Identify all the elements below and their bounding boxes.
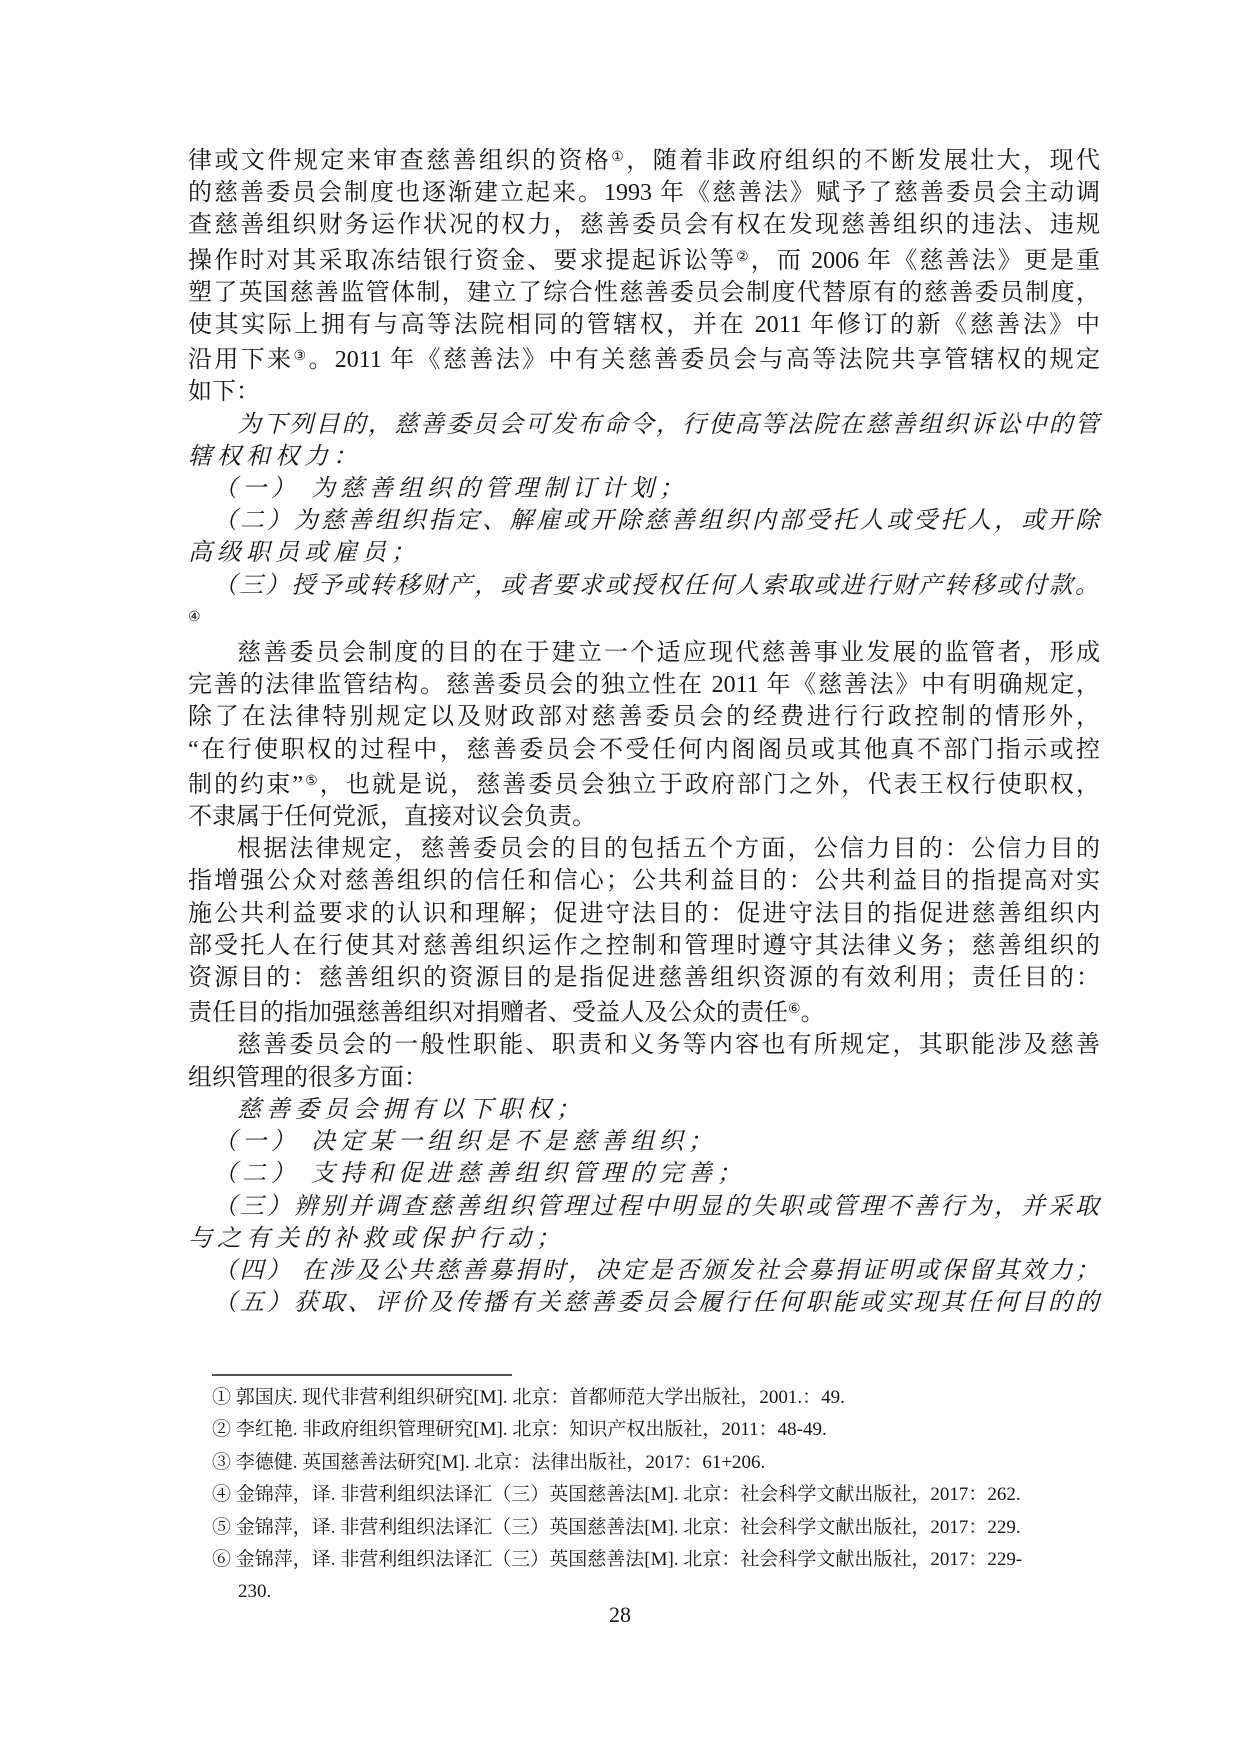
text-line: （一） 决定某一组织是不是慈善组织； <box>188 1126 1100 1158</box>
text-line: 不隶属于任何党派，直接对议会负责。 <box>188 801 1100 833</box>
text-line: 组织管理的很多方面： <box>188 1062 1100 1094</box>
text-line: 施公共利益要求的认识和理解；促进守法目的：促进守法目的指促进慈善组织内 <box>188 898 1100 930</box>
text-line: 查慈善组织财务运作状况的权力，慈善委员会有权在发现慈善组织的违法、违规 <box>188 209 1100 241</box>
footnote-line: ① 郭国庆. 现代非营利组织研究[M]. 北京：首都师范大学出版社，2001.：… <box>212 1382 1112 1414</box>
footnote-ref: ② <box>736 250 751 265</box>
text-line: （二）为慈善组织指定、解雇或开除慈善组织内部受托人或受托人，或开除 <box>188 505 1100 537</box>
footnote-line: ⑥ 金锦萍，译. 非营利组织法译汇（三）英国慈善法[M]. 北京：社会科学文献出… <box>212 1544 1112 1576</box>
text-line: 高级职员或雇员； <box>188 537 1100 569</box>
footnote-item: ③ 李德健. 英国慈善法研究[M]. 北京：法律出版社，2017：61+206. <box>212 1447 1112 1479</box>
text-line: 责任目的指加强慈善组织对捐赠者、受益人及公众的责任⑥。 <box>188 994 1100 1029</box>
text-line: 根据法律规定，慈善委员会的目的包括五个方面，公信力目的：公信力目的 <box>188 833 1100 865</box>
text-line: ④ <box>188 602 1100 637</box>
text-line: 慈善委员会拥有以下职权； <box>188 1094 1100 1126</box>
text-line: 沿用下来③。2011 年《慈善法》中有关慈善委员会与高等法院共享管辖权的规定 <box>188 341 1100 376</box>
footnote-ref: ⑤ <box>303 774 320 789</box>
text-line: （一） 为慈善组织的管理制订计划； <box>188 473 1100 505</box>
footnote-ref: ③ <box>294 349 309 364</box>
page-number: 28 <box>0 1602 1240 1628</box>
footnote-line: ② 李红艳. 非政府组织管理研究[M]. 北京：知识产权出版社，2011：48-… <box>212 1414 1112 1446</box>
text-line: 除了在法律特别规定以及财政部对慈善委员会的经费进行行政控制的情形外， <box>188 701 1100 733</box>
footnote-line: ③ 李德健. 英国慈善法研究[M]. 北京：法律出版社，2017：61+206. <box>212 1447 1112 1479</box>
footnotes-block: ① 郭国庆. 现代非营利组织研究[M]. 北京：首都师范大学出版社，2001.：… <box>212 1382 1112 1609</box>
footnote-ref: ① <box>611 150 626 165</box>
text-line: 制的约束”⑤，也就是说，慈善委员会独立于政府部门之外，代表王权行使职权， <box>188 766 1100 801</box>
text-line: （五）获取、评价及传播有关慈善委员会履行任何职能或实现其任何目的的 <box>188 1287 1100 1319</box>
text-line: 慈善委员会的一般性职能、职责和义务等内容也有所规定，其职能涉及慈善 <box>188 1029 1100 1061</box>
body-text-block: 律或文件规定来审查慈善组织的资格①，随着非政府组织的不断发展壮大，现代的慈善委员… <box>188 142 1100 1319</box>
footnote-item: ① 郭国庆. 现代非营利组织研究[M]. 北京：首都师范大学出版社，2001.：… <box>212 1382 1112 1414</box>
text-line: （二） 支持和促进慈善组织管理的完善； <box>188 1158 1100 1190</box>
footnote-line: ④ 金锦萍，译. 非营利组织法译汇（三）英国慈善法[M]. 北京：社会科学文献出… <box>212 1479 1112 1511</box>
text-line: “在行使职权的过程中，慈善委员会不受任何内阁阁员或其他真不部门指示或控 <box>188 734 1100 766</box>
footnote-number: ⑤ <box>212 1517 231 1538</box>
text-line: 操作时对其采取冻结银行资金、要求提起诉讼等②，而 2006 年《慈善法》更是重 <box>188 242 1100 277</box>
footnote-ref: ⑥ <box>788 1002 801 1017</box>
footnote-number: ⑥ <box>212 1549 231 1570</box>
text-line: 如下： <box>188 376 1100 408</box>
footnote-number: ① <box>212 1387 231 1408</box>
text-line: 律或文件规定来审查慈善组织的资格①，随着非政府组织的不断发展壮大，现代 <box>188 142 1100 177</box>
footnote-number: ③ <box>212 1452 231 1473</box>
footnote-line: ⑤ 金锦萍，译. 非营利组织法译汇（三）英国慈善法[M]. 北京：社会科学文献出… <box>212 1512 1112 1544</box>
footnote-item: ④ 金锦萍，译. 非营利组织法译汇（三）英国慈善法[M]. 北京：社会科学文献出… <box>212 1479 1112 1511</box>
text-line: （三）授予或转移财产，或者要求或授权任何人索取或进行财产转移或付款。 <box>188 570 1100 602</box>
footnote-item: ⑥ 金锦萍，译. 非营利组织法译汇（三）英国慈善法[M]. 北京：社会科学文献出… <box>212 1544 1112 1609</box>
text-line: 的慈善委员会制度也逐渐建立起来。1993 年《慈善法》赋予了慈善委员会主动调 <box>188 177 1100 209</box>
footnote-number: ④ <box>212 1484 231 1505</box>
text-line: 为下列目的，慈善委员会可发布命令，行使高等法院在慈善组织诉讼中的管 <box>188 409 1100 441</box>
text-line: 使其实际上拥有与高等法院相同的管辖权，并在 2011 年修订的新《慈善法》中 <box>188 309 1100 341</box>
text-line: 指增强公众对慈善组织的信任和信心；公共利益目的：公共利益目的指提高对实 <box>188 865 1100 897</box>
footnote-number: ② <box>212 1419 231 1440</box>
text-line: 部受托人在行使其对慈善组织运作之控制和管理时遵守其法律义务；慈善组织的 <box>188 930 1100 962</box>
footnote-item: ② 李红艳. 非政府组织管理研究[M]. 北京：知识产权出版社，2011：48-… <box>212 1414 1112 1446</box>
text-line: 资源目的：慈善组织的资源目的是指促进慈善组织资源的有效利用；责任目的： <box>188 962 1100 994</box>
text-line: （四） 在涉及公共慈善募捐时，决定是否颁发社会募捐证明或保留其效力； <box>188 1255 1100 1287</box>
footnote-item: ⑤ 金锦萍，译. 非营利组织法译汇（三）英国慈善法[M]. 北京：社会科学文献出… <box>212 1512 1112 1544</box>
footnote-ref: ④ <box>188 610 201 625</box>
text-line: 辖权和权力： <box>188 441 1100 473</box>
document-page: 律或文件规定来审查慈善组织的资格①，随着非政府组织的不断发展壮大，现代的慈善委员… <box>0 0 1240 1753</box>
footnote-separator-line <box>212 1374 512 1376</box>
text-line: 与之有关的补救或保护行动； <box>188 1223 1100 1255</box>
text-line: 塑了英国慈善监管体制，建立了综合性慈善委员会制度代替原有的慈善委员制度， <box>188 277 1100 309</box>
text-line: 完善的法律监管结构。慈善委员会的独立性在 2011 年《慈善法》中有明确规定， <box>188 669 1100 701</box>
text-line: （三）辨别并调查慈善组织管理过程中明显的失职或管理不善行为，并采取 <box>188 1191 1100 1223</box>
text-line: 慈善委员会制度的目的在于建立一个适应现代慈善事业发展的监管者，形成 <box>188 637 1100 669</box>
